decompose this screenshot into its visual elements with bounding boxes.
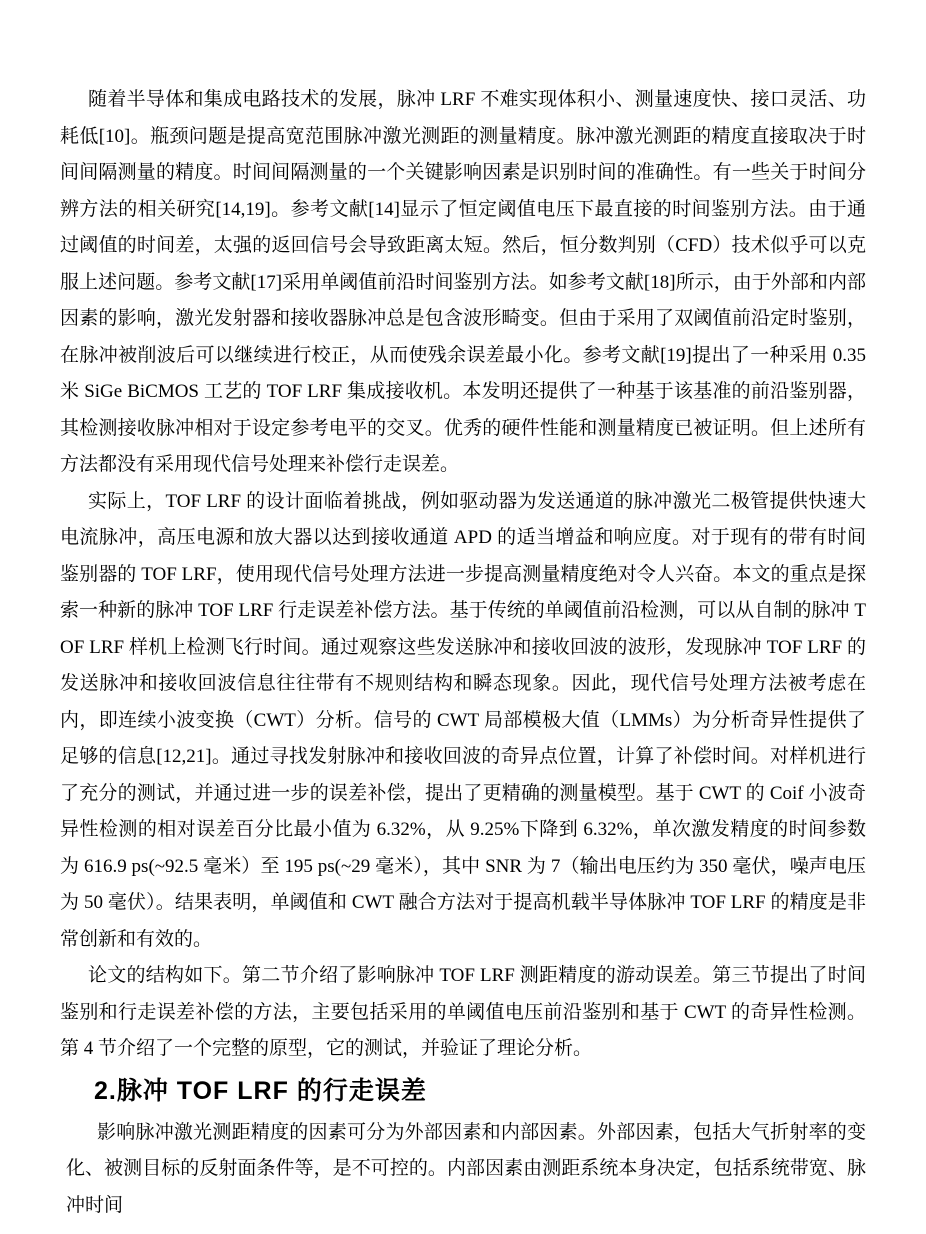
document-content: 随着半导体和集成电路技术的发展，脉冲 LRF 不难实现体积小、测量速度快、接口灵…: [0, 0, 926, 1224]
paragraph-intro-lrf-timing: 随着半导体和集成电路技术的发展，脉冲 LRF 不难实现体积小、测量速度快、接口灵…: [60, 82, 866, 484]
paragraph-paper-structure: 论文的结构如下。第二节介绍了影响脉冲 TOF LRF 测距精度的游动误差。第三节…: [60, 958, 866, 1068]
paragraph-walk-error-factors: 影响脉冲激光测距精度的因素可分为外部因素和内部因素。外部因素，包括大气折射率的变…: [66, 1115, 866, 1225]
document-page: 随着半导体和集成电路技术的发展，脉冲 LRF 不难实现体积小、测量速度快、接口灵…: [0, 0, 926, 1234]
paragraph-design-challenges-cwt: 实际上，TOF LRF 的设计面临着挑战，例如驱动器为发送通道的脉冲激光二极管提…: [60, 484, 866, 959]
section-heading-walk-error: 2.脉冲 TOF LRF 的行走误差: [94, 1074, 866, 1108]
